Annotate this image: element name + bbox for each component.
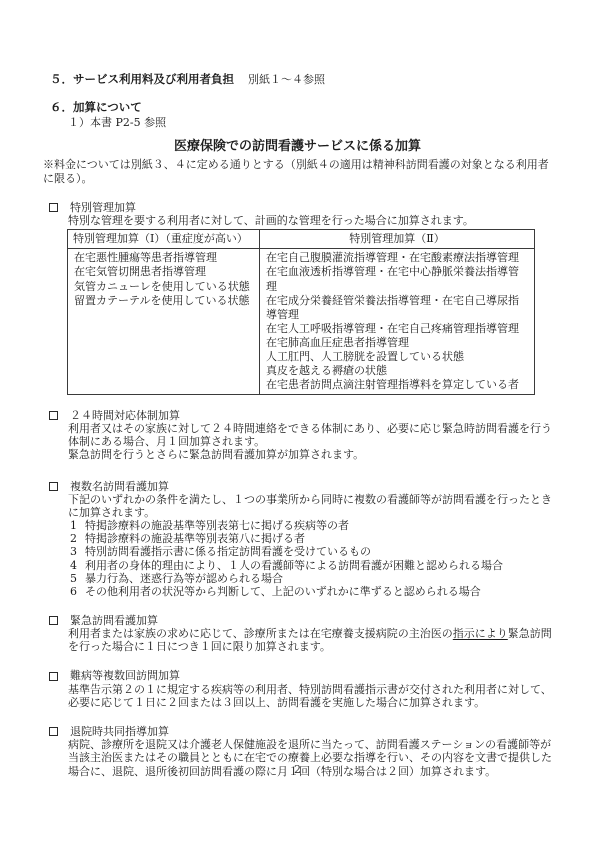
page-number: 2 [0,763,595,776]
list-item: 5 暴力行為、迷惑行為等が認められる場合 [68,572,552,585]
section-intractable-disease: 難病等複数回訪問加算 基準告示第２の１に規定する疾病等の利用者、特別訪問看護指示… [43,669,552,709]
table-line: 在宅自己腹膜灌流指導管理・在宅酸素療法指導管理 [266,251,528,265]
list-item-number: 3 [70,545,85,558]
section-title: 緊急訪問看護加算 [70,614,158,627]
document-page: ５．サービス利用料及び利用者負担別紙１～４参照 ６．加算について １）本書 P2… [0,0,595,842]
list-item-number: 1 [70,519,85,532]
section-emergency-visit: 緊急訪問看護加算 利用者または家族の求めに応じて、診療所または在宅療養支援病院の… [43,614,552,654]
table-line: 人工肛門、人工膀胱を設置している状態 [266,350,528,364]
section-title: 特別管理加算 [70,201,136,214]
table-line: 気管カニューレを使用している状態 [74,280,253,294]
underlined-text: 指示により [453,627,508,640]
table-cell-category2: 在宅自己腹膜灌流指導管理・在宅酸素療法指導管理 在宅血液透析指導管理・在宅中心静… [260,249,535,394]
fee-note: ※料金については別紙３、４に定める通りとする（別紙４の適用は精神科訪問看護の対象… [43,158,552,185]
heading-item5: ５．サービス利用料及び利用者負担別紙１～４参照 [50,73,552,86]
list-item: 4 利用者の身体的理由により、１人の看護師等による訪問看護が困難と認められる場合 [68,559,552,572]
checkbox-icon [49,482,58,491]
special-management-table: 特別管理加算（Ⅰ）（重症度が高い） 特別管理加算（Ⅱ） 在宅悪性腫瘍等患者指導管… [67,229,535,394]
section-24h-system-body: 利用者又はその家族に対して２４時間連絡をできる体制にあり、必要に応じ緊急時訪問看… [68,422,552,462]
section-special-management-head: 特別管理加算 [43,201,552,214]
section-title: 退院時共同指導加算 [70,725,169,738]
heading-item5-ref: 別紙１～４参照 [248,73,325,86]
section-24h-system: ２４時間対応体制加算 利用者又はその家族に対して２４時間連絡をできる体制にあり、… [43,409,552,462]
section-intractable-disease-head: 難病等複数回訪問加算 [43,669,552,682]
list-item-text: 特別訪問看護指示書に係る指定訪問看護を受けているもの [85,545,552,558]
heading-item5-label: ５．サービス利用料及び利用者負担 [50,72,234,86]
section-24h-system-head: ２４時間対応体制加算 [43,409,552,422]
list-item-text: 特掲診療料の施設基準等別表第八に掲げる者 [85,532,552,545]
table-line: 真皮を越える褥瘡の状態 [266,364,528,378]
list-item: 2 特掲診療料の施設基準等別表第八に掲げる者 [68,532,552,545]
table-line: 在宅人工呼吸指導管理・在宅自己疼痛管理指導管理 [266,322,528,336]
table-line: 留置カテーテルを使用している状態 [74,294,253,308]
heading-item6: ６．加算について [50,101,552,114]
list-item-number: 2 [70,532,85,545]
list-item-number: 5 [70,572,85,585]
section-desc: 利用者又はその家族に対して２４時間連絡をできる体制にあり、必要に応じ緊急時訪問看… [68,422,552,448]
section-desc: 緊急訪問を行うとさらに緊急訪問看護加算が加算されます。 [68,448,552,461]
page-content: ５．サービス利用料及び利用者負担別紙１～４参照 ６．加算について １）本書 P2… [0,0,595,778]
table-line: 在宅肺高血圧症患者指導管理 [266,336,528,350]
heading-item6-subref: １）本書 P2-5 参照 [68,116,552,130]
table-header-row: 特別管理加算（Ⅰ）（重症度が高い） 特別管理加算（Ⅱ） [68,230,535,249]
condition-list: 1 特掲診療料の施設基準等別表第七に掲げる疾病等の者 2 特掲診療料の施設基準等… [68,519,552,598]
section-desc: 特別な管理を要する利用者に対して、計画的な管理を行った場合に加算されます。 [68,214,552,227]
section-desc: 利用者または家族の求めに応じて、診療所または在宅療養支援病院の主治医の指示により… [68,627,552,653]
list-item-number: 4 [70,559,85,572]
section-emergency-visit-head: 緊急訪問看護加算 [43,614,552,627]
checkbox-icon [49,616,58,625]
section-intractable-disease-body: 基準告示第２の１に規定する疾病等の利用者、特別訪問看護指示書が交付された利用者に… [68,683,552,709]
list-item-number: 6 [70,585,85,598]
table-line: 在宅成分栄養経管栄養法指導管理・在宅自己導尿指導管理 [266,294,528,322]
list-item-text: 特掲診療料の施設基準等別表第七に掲げる疾病等の者 [85,519,552,532]
list-item: 3 特別訪問看護指示書に係る指定訪問看護を受けているもの [68,545,552,558]
section-special-management: 特別管理加算 特別な管理を要する利用者に対して、計画的な管理を行った場合に加算さ… [43,201,552,395]
checkbox-icon [49,203,58,212]
heading-item6-label: ６．加算について [50,100,142,114]
section-title: ２４時間対応体制加算 [70,409,180,422]
list-item-text: 暴力行為、迷惑行為等が認められる場合 [85,572,552,585]
table-line: 在宅気管切開患者指導管理 [74,265,253,279]
checkbox-icon [49,727,58,736]
list-item: 1 特掲診療料の施設基準等別表第七に掲げる疾病等の者 [68,519,552,532]
list-item-text: その他利用者の状況等から判断して、上記のいずれかに準ずると認められる場合 [85,585,552,598]
document-title: 医療保険での訪問看護サービスに係る加算 [43,139,552,155]
table-cell-category1: 在宅悪性腫瘍等患者指導管理 在宅気管切開患者指導管理 気管カニューレを使用してい… [68,249,260,394]
list-item-text: 利用者の身体的理由により、１人の看護師等による訪問看護が困難と認められる場合 [85,559,552,572]
checkbox-icon [49,411,58,420]
desc-pre-text: 利用者または家族の求めに応じて、診療所または在宅療養支援病院の主治医の [68,627,453,640]
section-special-management-body: 特別な管理を要する利用者に対して、計画的な管理を行った場合に加算されます。 [68,214,552,227]
table-line: 在宅悪性腫瘍等患者指導管理 [74,251,253,265]
table-line: 在宅患者訪問点滴注射管理指導料を算定している者 [266,378,528,392]
section-multiple-nurses: 複数名訪問看護加算 下記のいずれかの条件を満たし、１つの事業所から同時に複数の看… [43,480,552,598]
section-discharge-guidance-head: 退院時共同指導加算 [43,725,552,738]
section-desc: 下記のいずれかの条件を満たし、１つの事業所から同時に複数の看護師等が訪問看護を行… [68,493,552,519]
section-multiple-nurses-body: 下記のいずれかの条件を満たし、１つの事業所から同時に複数の看護師等が訪問看護を行… [68,493,552,598]
section-multiple-nurses-head: 複数名訪問看護加算 [43,480,552,493]
checkbox-icon [49,672,58,681]
table-header-cell-1: 特別管理加算（Ⅰ）（重症度が高い） [68,230,260,249]
section-title: 複数名訪問看護加算 [70,480,169,493]
table-line: 在宅血液透析指導管理・在宅中心静脈栄養法指導管理 [266,265,528,293]
section-desc: 基準告示第２の１に規定する疾病等の利用者、特別訪問看護指示書が交付された利用者に… [68,683,552,709]
table-header-cell-2: 特別管理加算（Ⅱ） [260,230,535,249]
list-item: 6 その他利用者の状況等から判断して、上記のいずれかに準ずると認められる場合 [68,585,552,598]
section-title: 難病等複数回訪問加算 [70,669,180,682]
section-emergency-visit-body: 利用者または家族の求めに応じて、診療所または在宅療養支援病院の主治医の指示により… [68,627,552,653]
table-body-row: 在宅悪性腫瘍等患者指導管理 在宅気管切開患者指導管理 気管カニューレを使用してい… [68,249,535,394]
